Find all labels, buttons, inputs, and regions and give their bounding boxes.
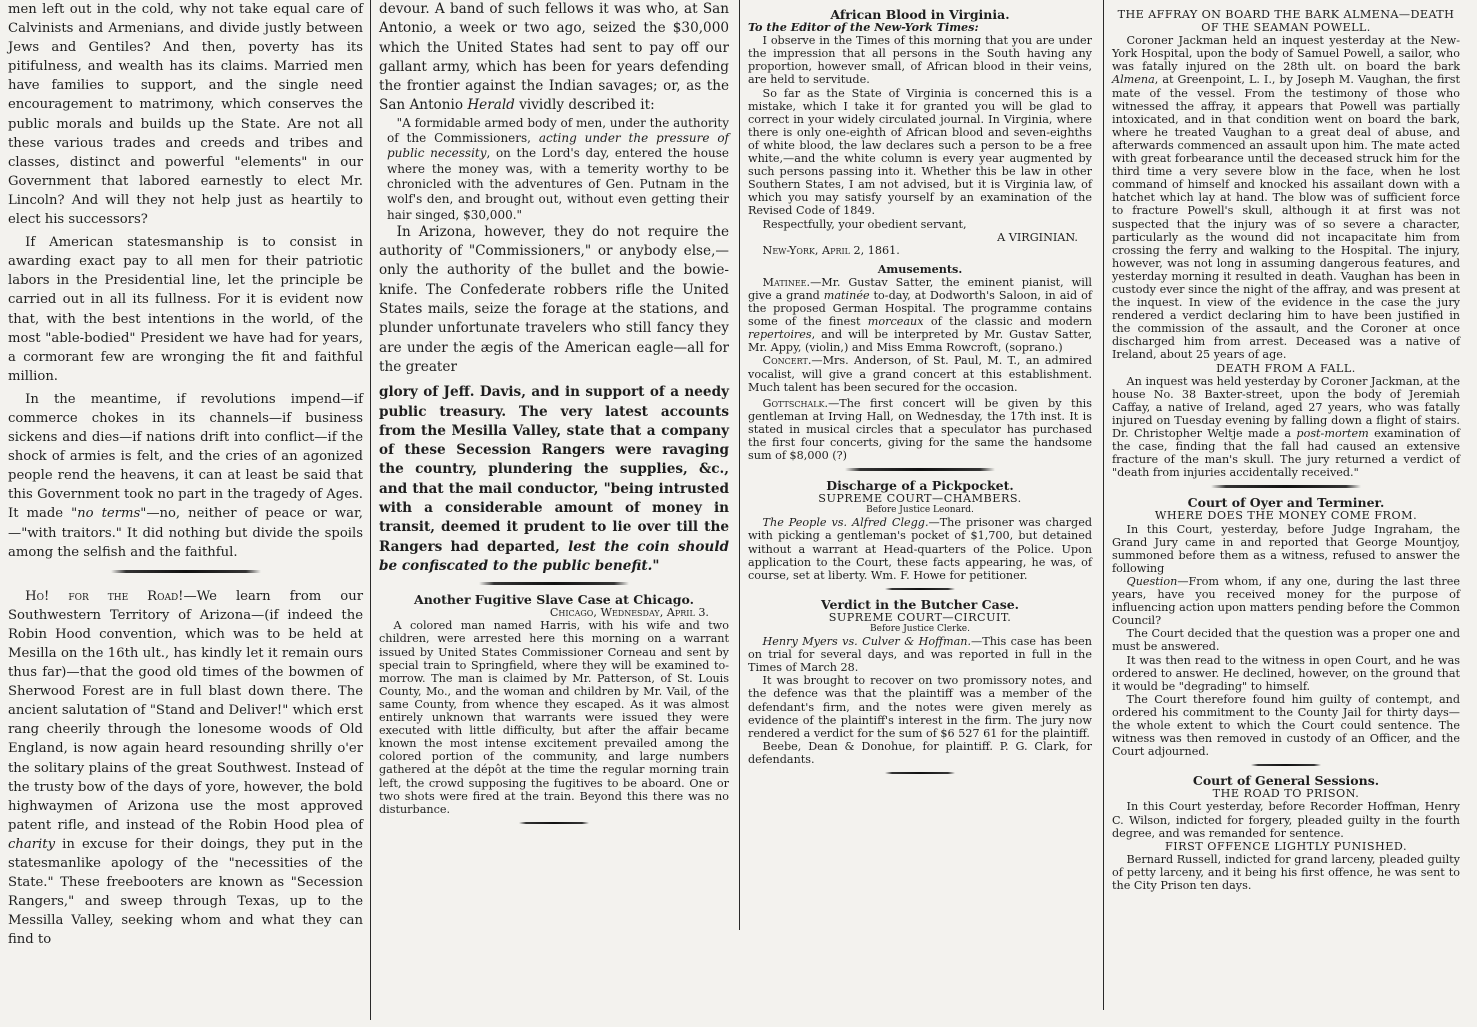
headline: Court of General Sessions. bbox=[1112, 774, 1460, 787]
article-paragraph: In this Court, yesterday, before Judge I… bbox=[1112, 523, 1460, 575]
article-paragraph: men left out in the cold, why not take e… bbox=[8, 0, 363, 229]
court-name: SUPREME COURT—CHAMBERS. bbox=[748, 492, 1092, 505]
article-lead: Ho! for the Road! bbox=[25, 589, 183, 604]
article-paragraph: Gottschalk.—The first concert will be gi… bbox=[748, 397, 1092, 462]
article-paragraph: An inquest was held yesterday by Coroner… bbox=[1112, 375, 1460, 480]
subheadline: WHERE DOES THE MONEY COME FROM. bbox=[1112, 509, 1460, 522]
article-paragraph: So far as the State of Virginia is conce… bbox=[748, 87, 1092, 218]
article-oyer-terminer: Court of Oyer and Terminer. WHERE DOES T… bbox=[1112, 496, 1460, 766]
section-divider bbox=[519, 822, 589, 824]
headline: Discharge of a Pickpocket. bbox=[748, 479, 1092, 492]
section-divider bbox=[1211, 485, 1361, 488]
column-rule bbox=[739, 0, 740, 930]
headline: Another Fugitive Slave Case at Chicago. bbox=[379, 593, 729, 606]
article-paragraph: In Arizona, however, they do not require… bbox=[379, 223, 729, 377]
section-divider bbox=[111, 570, 261, 573]
article-paragraph: Bernard Russell, indicted for grand larc… bbox=[1112, 853, 1460, 892]
column-rule bbox=[1103, 0, 1104, 1010]
article-paragraph: glory of Jeff. Davis, and in support of … bbox=[379, 383, 729, 576]
closing: Respectfully, your obedient servant, bbox=[748, 218, 1092, 231]
section-divider bbox=[479, 582, 629, 585]
article-paragraph: Beebe, Dean & Donohue, for plaintiff. P.… bbox=[748, 740, 1092, 766]
headline: DEATH FROM A FALL. bbox=[1112, 362, 1460, 375]
article-paragraph: Coroner Jackman held an inquest yesterda… bbox=[1112, 34, 1460, 361]
article-paragraph: It was then read to the witness in open … bbox=[1112, 654, 1460, 693]
article-paragraph: The People vs. Alfred Clegg.—The prisone… bbox=[748, 516, 1092, 581]
newspaper-page: men left out in the cold, why not take e… bbox=[0, 0, 1477, 1027]
salutation: To the Editor of the New-York Times: bbox=[748, 21, 1092, 34]
column-4: THE AFFRAY ON BOARD THE BARK ALMENA—DEAT… bbox=[1112, 0, 1460, 892]
column-2: devour. A band of such fellows it was wh… bbox=[379, 0, 729, 832]
court-name: SUPREME COURT—CIRCUIT. bbox=[748, 611, 1092, 624]
dateline: Chicago, Wednesday, April 3. bbox=[379, 606, 729, 619]
article-paragraph: Ho! for the Road!—We learn from our Sout… bbox=[8, 587, 363, 950]
article-butcher-case: Verdict in the Butcher Case. SUPREME COU… bbox=[748, 598, 1092, 774]
section-divider bbox=[1251, 764, 1321, 766]
headline: THE AFFRAY ON BOARD THE BARK ALMENA—DEAT… bbox=[1112, 8, 1460, 34]
article-paragraph: Question—From whom, if any one, during t… bbox=[1112, 575, 1460, 627]
column-3: African Blood in Virginia. To the Editor… bbox=[748, 0, 1092, 782]
article-paragraph: In the meantime, if revolutions impend—i… bbox=[8, 390, 363, 562]
headline: Court of Oyer and Terminer. bbox=[1112, 496, 1460, 509]
section-divider bbox=[885, 588, 955, 590]
article-paragraph: Concert.—Mrs. Anderson, of St. Paul, M. … bbox=[748, 354, 1092, 393]
article-paragraph: In this Court yesterday, before Recorder… bbox=[1112, 800, 1460, 839]
article-almena-affray: THE AFFRAY ON BOARD THE BARK ALMENA—DEAT… bbox=[1112, 0, 1460, 362]
article-death-from-fall: DEATH FROM A FALL. An inquest was held y… bbox=[1112, 362, 1460, 489]
article-amusements: Amusements. Matinee.—Mr. Gustav Satter, … bbox=[748, 263, 1092, 471]
article-african-blood: African Blood in Virginia. To the Editor… bbox=[748, 0, 1092, 257]
justice: Before Justice Leonard. bbox=[748, 505, 1092, 516]
article-paragraph: I observe in the Times of this morning t… bbox=[748, 34, 1092, 86]
article-paragraph: The Court decided that the question was … bbox=[1112, 627, 1460, 653]
article-general-sessions: Court of General Sessions. THE ROAD TO P… bbox=[1112, 774, 1460, 892]
block-quote: "A formidable armed body of men, under t… bbox=[387, 116, 729, 223]
headline: Verdict in the Butcher Case. bbox=[748, 598, 1092, 611]
subheadline: FIRST OFFENCE LIGHTLY PUNISHED. bbox=[1112, 840, 1460, 853]
article-paragraph: Henry Myers vs. Culver & Hoffman.—This c… bbox=[748, 635, 1092, 674]
section-divider bbox=[845, 468, 995, 471]
article-paragraph: Matinee.—Mr. Gustav Satter, the eminent … bbox=[748, 276, 1092, 355]
section-divider bbox=[885, 772, 955, 774]
article-paragraph: It was brought to recover on two promiss… bbox=[748, 674, 1092, 739]
justice: Before Justice Clerke. bbox=[748, 624, 1092, 635]
article-paragraph: If American statesmanship is to consist … bbox=[8, 233, 363, 386]
article-paragraph: The Court therefore found him guilty of … bbox=[1112, 693, 1460, 758]
column-rule bbox=[370, 0, 371, 1020]
article-paragraph: devour. A band of such fellows it was wh… bbox=[379, 0, 729, 116]
headline: Amusements. bbox=[748, 263, 1092, 276]
subheadline: THE ROAD TO PRISON. bbox=[1112, 787, 1460, 800]
article-fugitive-slave: Another Fugitive Slave Case at Chicago. … bbox=[379, 593, 729, 824]
article-pickpocket: Discharge of a Pickpocket. SUPREME COURT… bbox=[748, 479, 1092, 590]
dateline: New-York, April 2, 1861. bbox=[748, 244, 1092, 257]
article-paragraph: A colored man named Harris, with his wif… bbox=[379, 619, 729, 815]
signature: A VIRGINIAN. bbox=[748, 231, 1092, 244]
column-1: men left out in the cold, why not take e… bbox=[8, 0, 363, 950]
